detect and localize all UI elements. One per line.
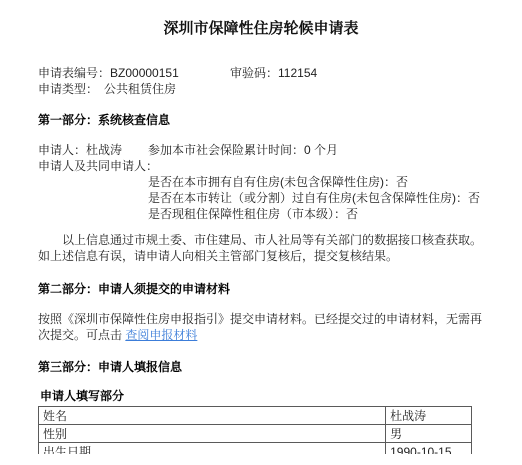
applicant-label: 申请人： bbox=[38, 143, 86, 157]
section1-heading: 第一部分：系统核查信息 bbox=[38, 112, 490, 128]
form-number-value: BZ00000151 bbox=[110, 66, 179, 80]
applicant-info-table-clip: 姓名 杜战涛 性别 男 出生日期 1990-10-15 bbox=[38, 406, 490, 454]
view-declared-materials-link[interactable]: 查阅申报材料 bbox=[125, 328, 197, 342]
verify-code-label: 审验码： bbox=[230, 66, 278, 80]
check-item-list: 是否在本市拥有自有住房(未包含保障性住房)：否 是否在本市转让（或分割）过自有住… bbox=[148, 174, 490, 222]
section2-heading: 第二部分：申请人须提交的申请材料 bbox=[38, 281, 490, 297]
materials-paragraph: 按照《深圳市保障性住房申报指引》提交申请材料。已经提交过的申请材料，无需再次提交… bbox=[38, 311, 490, 343]
verify-code-group: 审验码：112154 bbox=[230, 66, 317, 80]
applicant-info-table: 姓名 杜战涛 性别 男 出生日期 1990-10-15 bbox=[38, 406, 472, 454]
section3-heading: 第三部分：申请人填报信息 bbox=[38, 359, 490, 375]
co-applicants-label: 申请人及共同申请人： bbox=[38, 158, 490, 174]
verification-note: 以上信息通过市规土委、市住建局、市人社局等有关部门的数据接口核查获取。如上述信息… bbox=[38, 232, 490, 264]
table-row-gender: 性别 男 bbox=[39, 425, 472, 443]
row-name-label: 姓名 bbox=[39, 407, 386, 425]
row-gender-value: 男 bbox=[386, 425, 472, 443]
applicant-row: 申请人：杜战涛 参加本市社会保险累计时间：0 个月 bbox=[38, 142, 490, 158]
verify-code-value: 112154 bbox=[278, 66, 317, 80]
page-title: 深圳市保障性住房轮候申请表 bbox=[38, 20, 484, 38]
table-row-birthdate: 出生日期 1990-10-15 bbox=[39, 443, 472, 455]
form-number-group: 申请表编号：BZ00000151 bbox=[38, 65, 230, 81]
check-item-renting-public-housing: 是否现租住保障性租住房（市本级）：否 bbox=[148, 206, 490, 222]
row-birthdate-value: 1990-10-15 bbox=[386, 443, 472, 455]
meta-line-1: 申请表编号：BZ00000151审验码：112154 bbox=[38, 65, 490, 81]
applicant-name: 杜战涛 bbox=[86, 143, 122, 157]
check-item-own-housing: 是否在本市拥有自有住房(未包含保障性住房)：否 bbox=[148, 174, 490, 190]
applicant-name-group: 申请人：杜战涛 bbox=[38, 142, 148, 158]
apply-type-label: 申请类型： bbox=[38, 82, 98, 96]
materials-text: 按照《深圳市保障性住房申报指引》提交申请材料。已经提交过的申请材料，无需再次提交… bbox=[38, 312, 482, 342]
social-insurance-text: 参加本市社会保险累计时间：0 个月 bbox=[148, 142, 338, 158]
apply-type-value: 公共租赁住房 bbox=[104, 82, 176, 96]
row-birthdate-label: 出生日期 bbox=[39, 443, 386, 455]
application-form-document: 深圳市保障性住房轮候申请表 申请表编号：BZ00000151审验码：112154… bbox=[0, 0, 522, 454]
check-item-transferred-housing: 是否在本市转让（或分割）过自有住房(未包含保障性住房)：否 bbox=[148, 190, 490, 206]
system-check-block: 申请人：杜战涛 参加本市社会保险累计时间：0 个月 申请人及共同申请人： 是否在… bbox=[38, 142, 490, 222]
applicant-fill-subheading: 申请人填写部分 bbox=[40, 388, 490, 404]
row-gender-label: 性别 bbox=[39, 425, 386, 443]
form-number-label: 申请表编号： bbox=[38, 66, 110, 80]
row-name-value: 杜战涛 bbox=[386, 407, 472, 425]
meta-line-2: 申请类型：公共租赁住房 bbox=[38, 81, 490, 97]
table-row-name: 姓名 杜战涛 bbox=[39, 407, 472, 425]
